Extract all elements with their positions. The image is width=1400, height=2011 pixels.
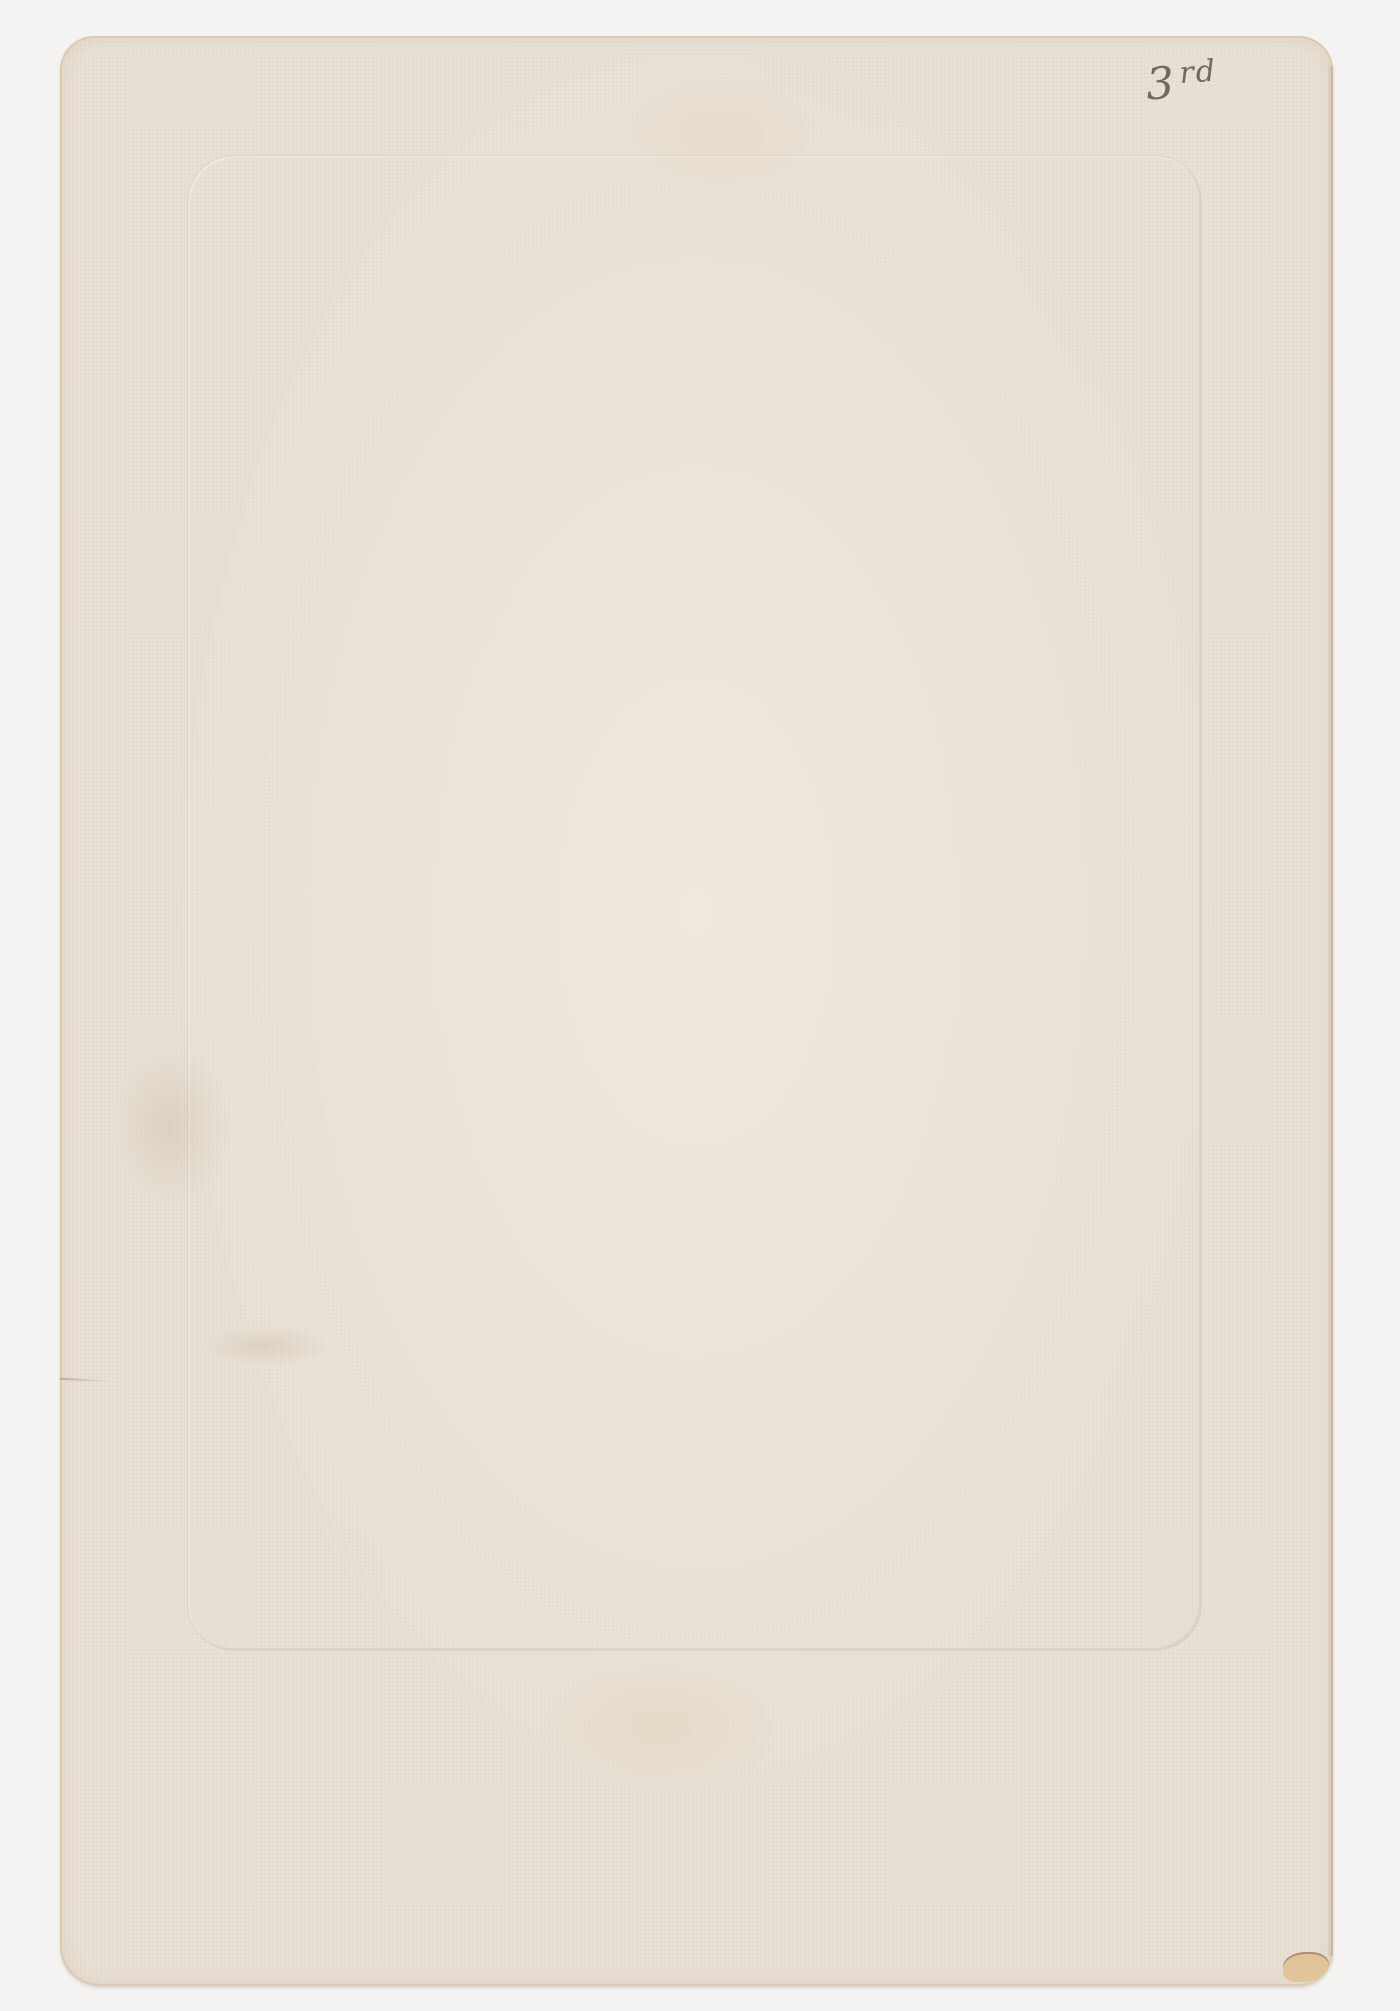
card-back: 3rd (60, 36, 1333, 1986)
damaged-corner (1283, 1952, 1329, 1982)
embossed-frame (188, 156, 1201, 1650)
scanned-document: 3rd (0, 0, 1400, 2011)
annotation-number: 3 (1144, 57, 1177, 110)
annotation-suffix: rd (1178, 54, 1218, 92)
edge-crease (60, 1378, 110, 1383)
card-edge-shading (1327, 66, 1333, 1956)
handwritten-annotation: 3rd (1144, 54, 1219, 111)
stain-mark (540, 1656, 780, 1796)
